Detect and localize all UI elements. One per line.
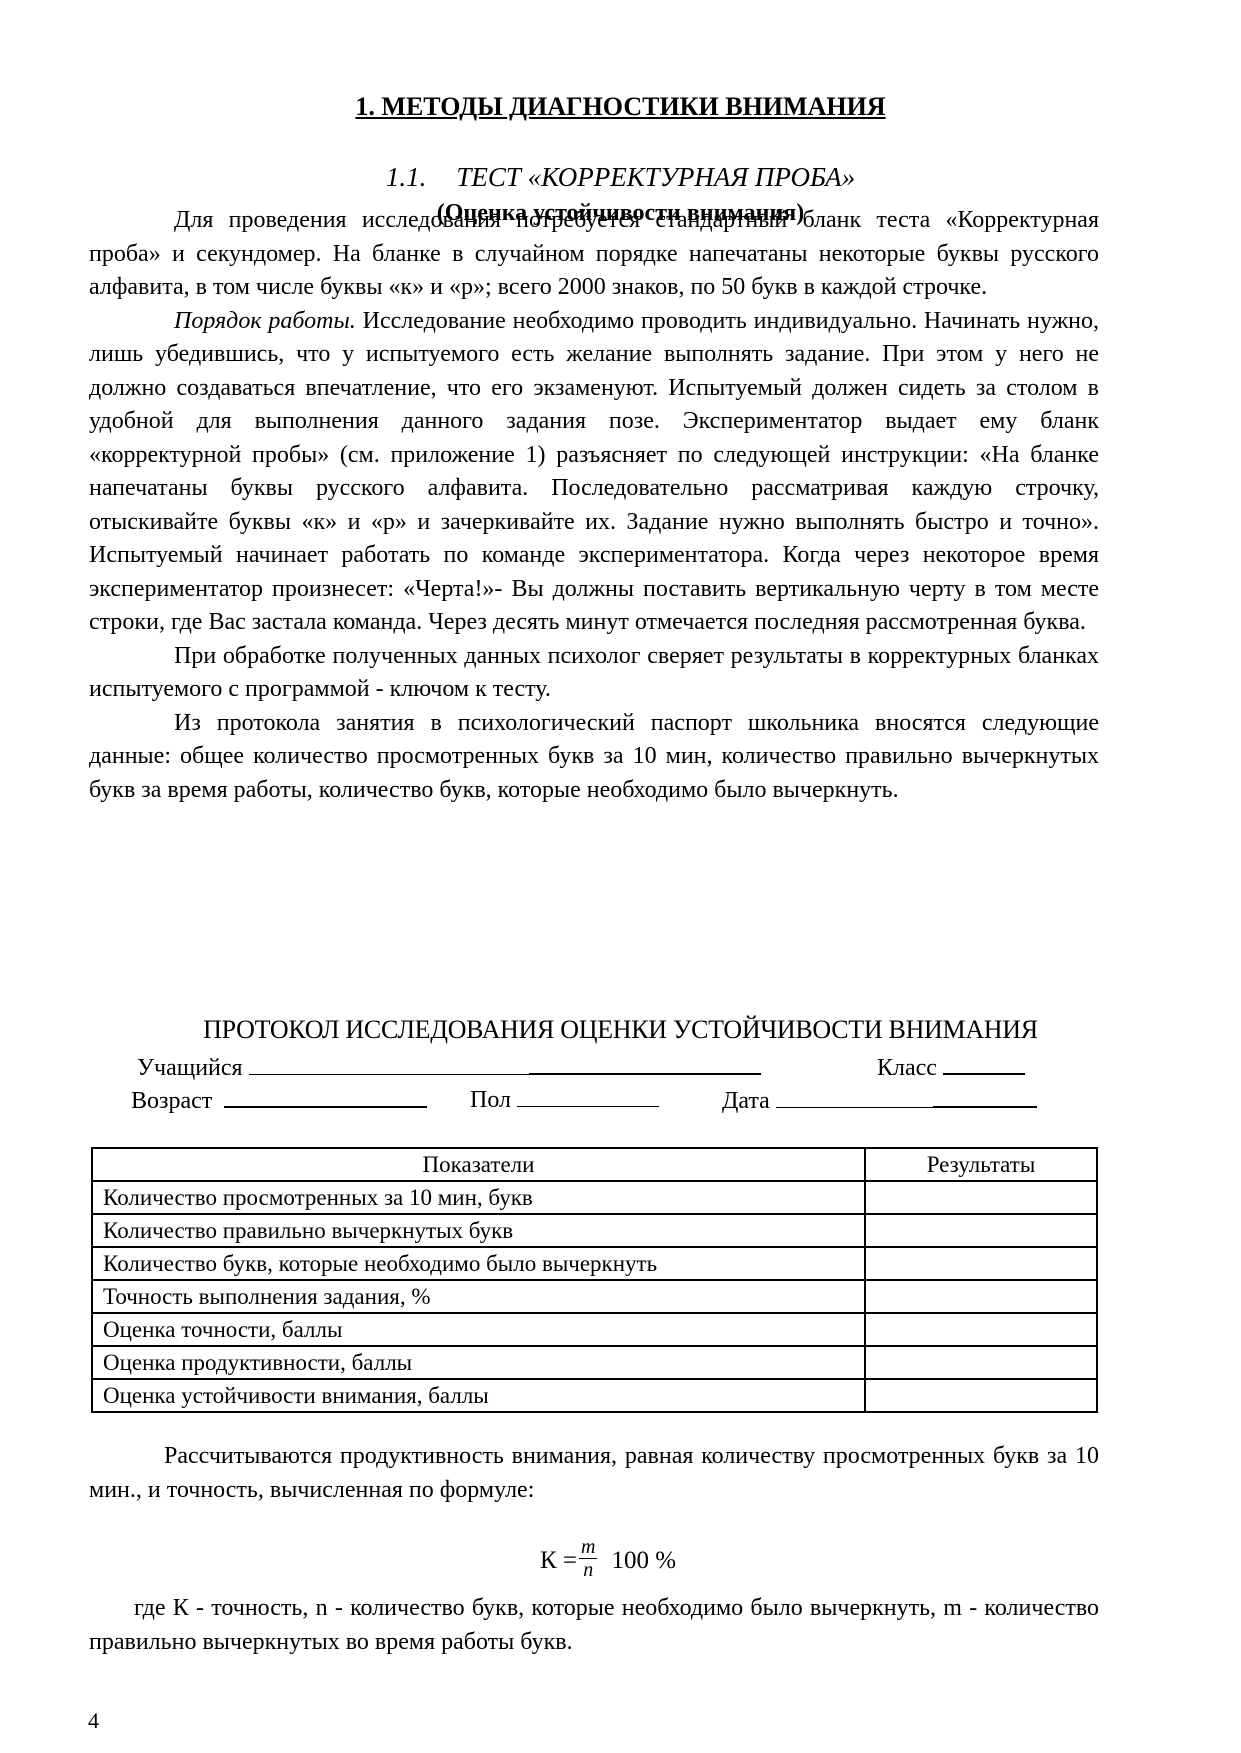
date-field[interactable] — [776, 1085, 933, 1108]
formula-denominator: n — [583, 1559, 593, 1581]
class-row: Класс — [877, 1051, 1025, 1082]
sex-field[interactable] — [517, 1084, 659, 1107]
result-cell[interactable] — [865, 1214, 1097, 1247]
formula-fraction: mn — [579, 1536, 597, 1581]
indicator-cell: Оценка продуктивности, баллы — [92, 1346, 865, 1379]
indicator-cell: Оценка устойчивости внимания, баллы — [92, 1379, 865, 1412]
table-row: Оценка продуктивности, баллы — [92, 1346, 1097, 1379]
table-row: Точность выполнения задания, % — [92, 1280, 1097, 1313]
section-number: 1.1. — [386, 162, 427, 192]
table-row: Количество правильно вычеркнутых букв — [92, 1214, 1097, 1247]
intro-paragraph: Для проведения исследования потребуется … — [89, 204, 1099, 807]
date-field-ext[interactable] — [933, 1084, 1037, 1108]
student-field-ext[interactable] — [529, 1051, 761, 1075]
formula-rhs: 100 % — [611, 1547, 676, 1574]
procedure-lead: Порядок работы. — [174, 308, 356, 334]
age-row: Возраст — [131, 1084, 427, 1115]
indicator-cell: Оценка точности, баллы — [92, 1313, 865, 1346]
class-label: Класс — [877, 1055, 937, 1081]
table-row: Количество просмотренных за 10 мин, букв — [92, 1181, 1097, 1214]
result-cell[interactable] — [865, 1346, 1097, 1379]
table-header-row: Показатели Результаты — [92, 1148, 1097, 1181]
header-indicators: Показатели — [92, 1148, 865, 1181]
sex-row: Пол — [470, 1084, 659, 1114]
result-cell[interactable] — [865, 1181, 1097, 1214]
paragraph-2: Исследование необходимо проводить индиви… — [89, 308, 1099, 636]
chapter-heading: 1. МЕТОДЫ ДИАГНОСТИКИ ВНИМАНИЯ — [0, 92, 1241, 122]
calculation-paragraph: Рассчитываются продуктивность внимания, … — [89, 1440, 1099, 1507]
section-title: ТЕСТ «КОРРЕКТУРНАЯ ПРОБА» — [456, 162, 855, 192]
formula-numerator: m — [579, 1536, 597, 1559]
protocol-table: Показатели Результаты Количество просмот… — [91, 1147, 1098, 1413]
table-row: Оценка устойчивости внимания, баллы — [92, 1379, 1097, 1412]
paragraph-3: При обработке полученных данных психолог… — [89, 643, 1099, 703]
indicator-cell: Количество просмотренных за 10 мин, букв — [92, 1181, 865, 1214]
legend-paragraph: где К - точность, n - количество букв, к… — [89, 1592, 1099, 1659]
result-cell[interactable] — [865, 1247, 1097, 1280]
paragraph-4: Из протокола занятия в психологический п… — [89, 710, 1099, 803]
formula-lhs: К = — [540, 1547, 577, 1574]
result-cell[interactable] — [865, 1280, 1097, 1313]
header-results: Результаты — [865, 1148, 1097, 1181]
paragraph-1: Для проведения исследования потребуется … — [89, 207, 1099, 300]
legend-text: где К - точность, n - количество букв, к… — [89, 1595, 1099, 1655]
accuracy-formula: К =mn100 % — [540, 1540, 676, 1585]
age-field[interactable] — [224, 1084, 427, 1108]
table-row: Оценка точности, баллы — [92, 1313, 1097, 1346]
class-field[interactable] — [943, 1051, 1025, 1075]
section-heading: 1.1.ТЕСТ «КОРРЕКТУРНАЯ ПРОБА» — [0, 162, 1241, 193]
result-cell[interactable] — [865, 1379, 1097, 1412]
result-cell[interactable] — [865, 1313, 1097, 1346]
indicator-cell: Количество букв, которые необходимо было… — [92, 1247, 865, 1280]
table-row: Количество букв, которые необходимо было… — [92, 1247, 1097, 1280]
date-label: Дата — [722, 1088, 770, 1114]
calculation-text: Рассчитываются продуктивность внимания, … — [89, 1443, 1099, 1503]
page-number: 4 — [88, 1708, 99, 1734]
indicator-cell: Количество правильно вычеркнутых букв — [92, 1214, 865, 1247]
indicator-cell: Точность выполнения задания, % — [92, 1280, 865, 1313]
student-row: Учащийся — [137, 1051, 761, 1082]
protocol-title: ПРОТОКОЛ ИССЛЕДОВАНИЯ ОЦЕНКИ УСТОЙЧИВОСТ… — [0, 1015, 1241, 1045]
sex-label: Пол — [470, 1087, 511, 1113]
age-label: Возраст — [131, 1088, 212, 1114]
student-field[interactable] — [249, 1052, 529, 1075]
student-label: Учащийся — [137, 1055, 243, 1081]
date-row: Дата — [722, 1084, 1037, 1115]
